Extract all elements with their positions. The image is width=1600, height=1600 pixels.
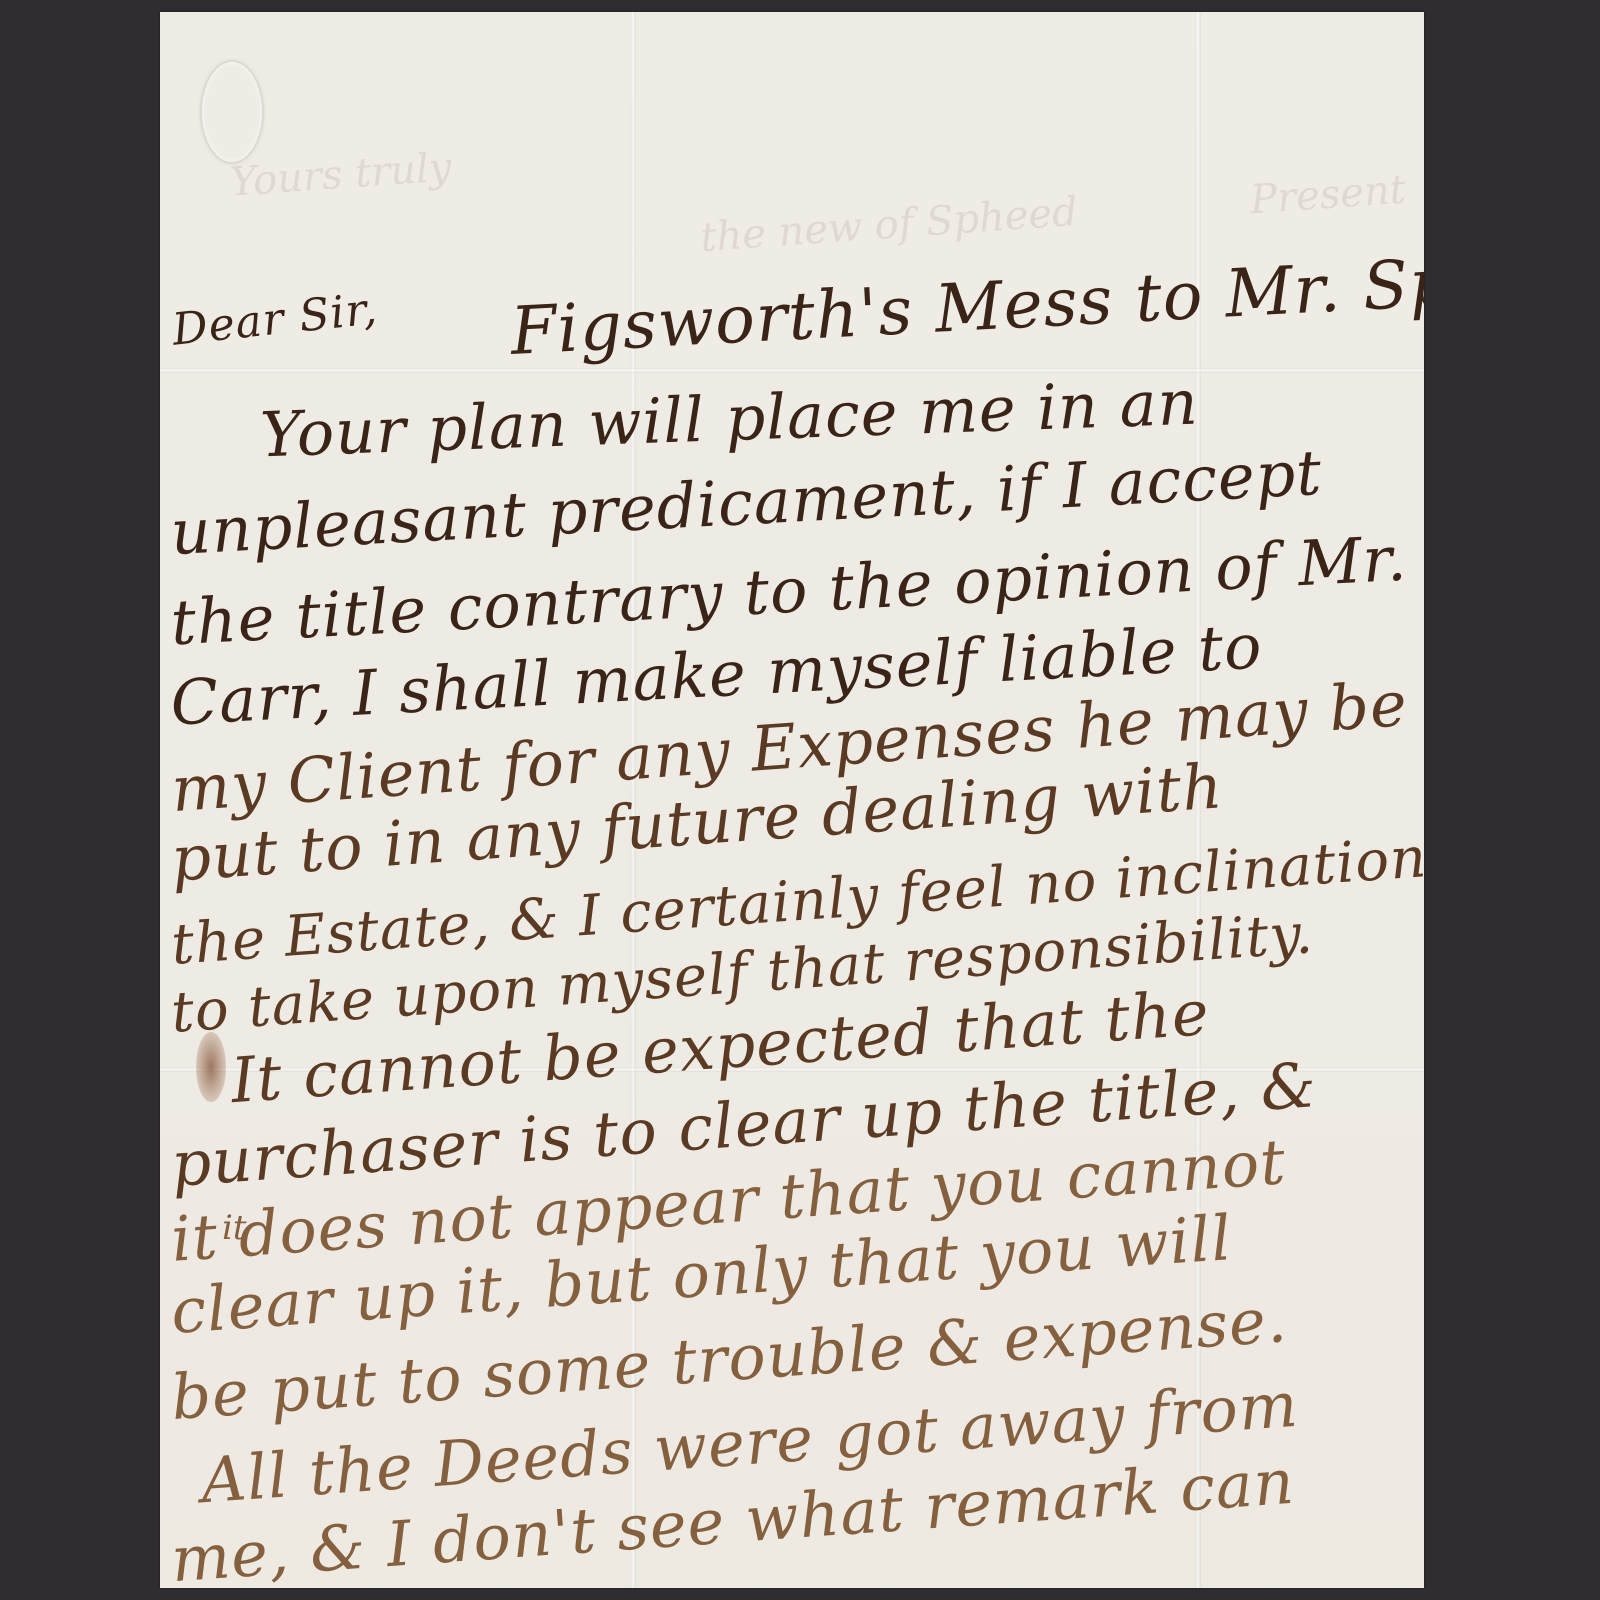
bleed-through-text: Yours truly [229,144,453,205]
fold-crease-horizontal [160,368,1424,373]
subject-line: Figsworth's Mess to Mr. Spheed [509,241,1424,365]
bleed-through-text: Present [1249,167,1408,224]
salutation: Dear Sir, [170,287,379,352]
letter-paper: Yours truly the new of Spheed Present De… [160,12,1424,1588]
bleed-through-text: the new of Spheed [699,189,1079,261]
interlinear-insertion: it [222,1208,247,1248]
scanned-letter-image: Yours truly the new of Spheed Present De… [0,0,1600,1600]
embossed-seal-icon [200,60,264,164]
